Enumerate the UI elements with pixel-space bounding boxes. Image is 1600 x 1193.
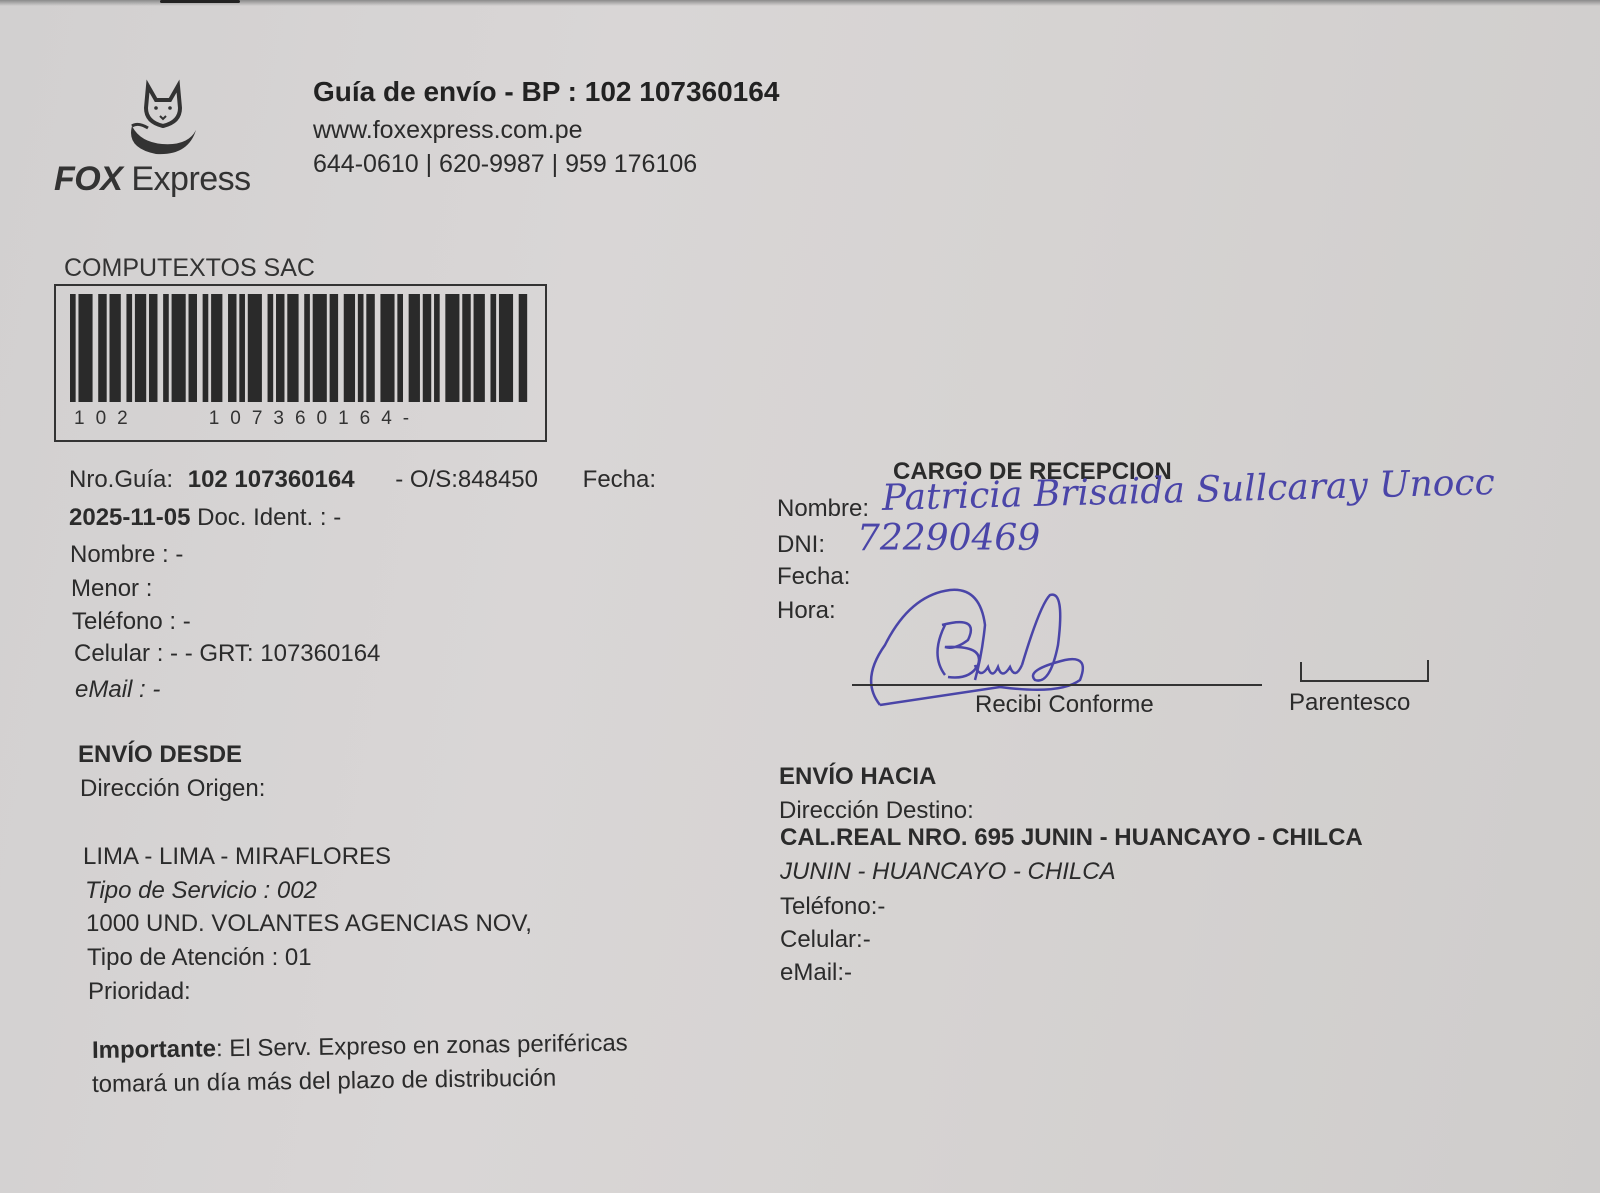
cargo-nombre-label: Nombre: (777, 495, 869, 523)
destination-heading: ENVÍO HACIA (779, 763, 936, 791)
destination-address-label: Dirección Destino: (779, 797, 974, 825)
nro-guia-row: Nro.Guía: 102 107360164 - O/S:848450 Fec… (69, 466, 656, 494)
telefono-field: Teléfono : - (72, 608, 191, 636)
destination-celular: Celular:- (780, 926, 871, 954)
menor-field: Menor : (71, 575, 152, 603)
signature-line (852, 684, 1262, 686)
email-field: eMail : - (75, 676, 160, 704)
cargo-fecha-label: Fecha: (777, 563, 850, 591)
destination-location: JUNIN - HUANCAYO - CHILCA (780, 858, 1116, 886)
sender-company: COMPUTEXTOS SAC (64, 254, 315, 283)
barcode-box: 102107360164- (54, 284, 547, 442)
cargo-hora-label: Hora: (777, 597, 836, 625)
origin-location: LIMA - LIMA - MIRAFLORES (83, 843, 391, 871)
origin-heading: ENVÍO DESDE (78, 741, 242, 769)
attention-type: Tipo de Atención : 01 (87, 944, 312, 972)
parentesco-line (1300, 680, 1428, 682)
destination-address: CAL.REAL NRO. 695 JUNIN - HUANCAYO - CHI… (780, 824, 1363, 852)
barcode-number: 102107360164- (74, 408, 420, 430)
recibi-conforme-label: Recibi Conforme (975, 691, 1154, 719)
parentesco-tick-right (1427, 660, 1429, 682)
fox-logo-icon (118, 78, 208, 158)
parentesco-tick-left (1300, 662, 1302, 682)
shipment-description: 1000 UND. VOLANTES AGENCIAS NOV, (86, 910, 532, 938)
parentesco-label: Parentesco (1289, 689, 1410, 717)
brand-name: FOX Express (54, 160, 251, 199)
important-notice-line1: Importante: El Serv. Expreso en zonas pe… (92, 1030, 628, 1065)
guide-title: Guía de envío - BP : 102 107360164 (313, 76, 779, 108)
service-type: Tipo de Servicio : 002 (85, 877, 317, 905)
cargo-dni-label: DNI: (777, 531, 825, 559)
fecha-doc-row: 2025-11-05 Doc. Ident. : - (69, 504, 341, 532)
priority: Prioridad: (88, 978, 191, 1006)
paper-top-edge (0, 0, 1600, 6)
cargo-dni-handwritten: 72290469 (857, 518, 1040, 559)
celular-grt-field: Celular : - - GRT: 107360164 (74, 640, 380, 668)
important-notice-line2: tomará un día más del plazo de distribuc… (92, 1065, 557, 1099)
contact-phones: 644-0610 | 620-9987 | 959 176106 (313, 150, 697, 179)
destination-email: eMail:- (780, 959, 852, 987)
website-link[interactable]: www.foxexpress.com.pe (313, 116, 583, 145)
origin-address-label: Dirección Origen: (80, 775, 265, 803)
destination-telefono: Teléfono:- (780, 893, 885, 921)
nombre-field: Nombre : - (70, 541, 183, 569)
barcode-icon (70, 294, 530, 402)
